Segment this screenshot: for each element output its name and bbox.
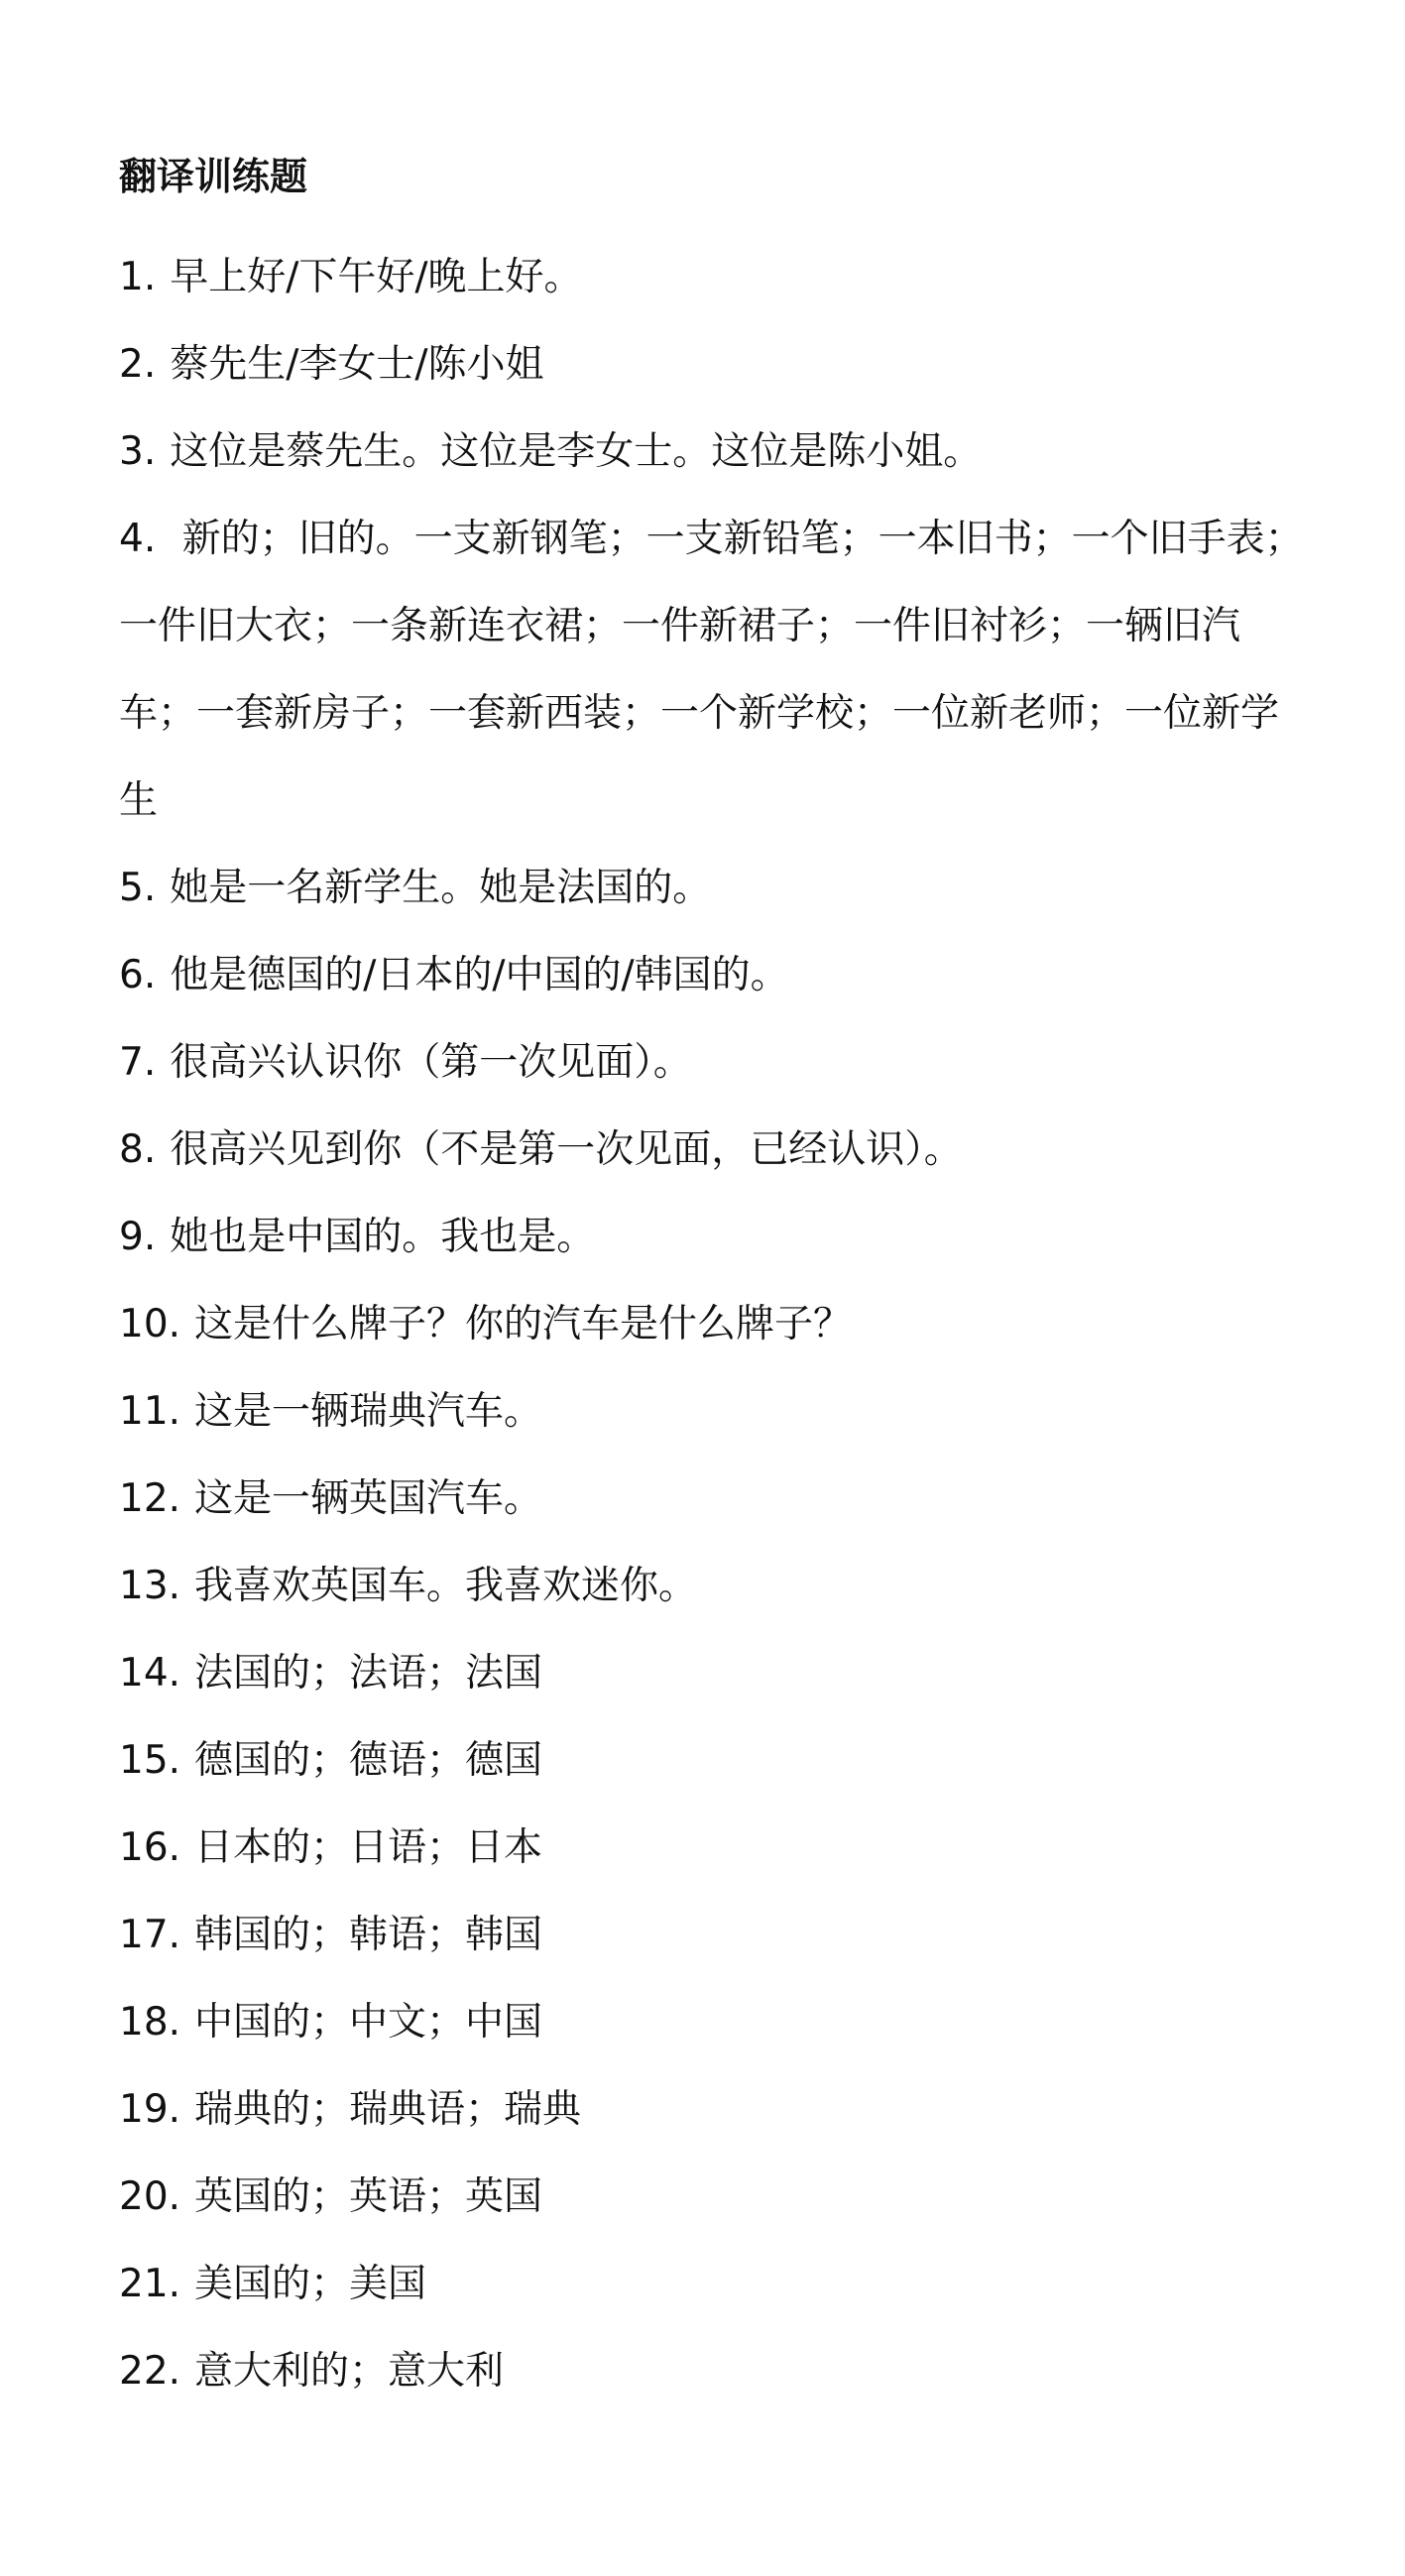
list-item: 15.德国的；德语；德国 (119, 1717, 1309, 1805)
list-item: 20.英国的；英语；英国 (119, 2154, 1309, 2241)
item-text: 她是一名新学生。她是法国的。 (170, 845, 711, 932)
item-text: 早上好/下午好/晚上好。 (170, 234, 582, 321)
item-text: 德国的；德语；德国 (194, 1717, 542, 1805)
item-number: 6. (119, 932, 156, 1019)
item-number: 3. (119, 409, 156, 496)
list-item: 4. 新的；旧的。一支新钢笔；一支新铅笔；一本旧书；一个旧手表；一件旧大衣；一条… (119, 496, 1309, 845)
item-text: 我喜欢英国车。我喜欢迷你。 (194, 1543, 697, 1630)
list-item: 2.蔡先生/李女士/陈小姐 (119, 321, 1309, 409)
item-number: 1. (119, 234, 156, 321)
item-number: 20. (119, 2154, 180, 2241)
item-text: 很高兴见到你（不是第一次见面，已经认识）。 (170, 1107, 963, 1194)
list-item: 6.他是德国的/日本的/中国的/韩国的。 (119, 932, 1309, 1019)
item-text: 这是一辆瑞典汽车。 (194, 1368, 542, 1456)
item-number: 18. (119, 1979, 180, 2066)
item-text: 法国的；法语；法国 (194, 1630, 542, 1717)
item-text: 蔡先生/李女士/陈小姐 (170, 321, 543, 409)
item-text: 她也是中国的。我也是。 (170, 1194, 595, 1281)
document-page: 翻译训练题 1.早上好/下午好/晚上好。 2.蔡先生/李女士/陈小姐 3.这位是… (0, 0, 1309, 2415)
item-number: 2. (119, 321, 156, 409)
item-number: 21. (119, 2241, 180, 2328)
item-text: 意大利的；意大利 (194, 2328, 504, 2415)
list-item: 3.这位是蔡先生。这位是李女士。这位是陈小姐。 (119, 409, 1309, 496)
list-item: 7.很高兴认识你（第一次见面）。 (119, 1019, 1309, 1107)
list-item: 22.意大利的；意大利 (119, 2328, 1309, 2415)
item-number: 9. (119, 1194, 156, 1281)
item-number: 7. (119, 1019, 156, 1107)
list-item: 10.这是什么牌子？你的汽车是什么牌子？ (119, 1281, 1309, 1368)
list-item: 5.她是一名新学生。她是法国的。 (119, 845, 1309, 932)
list-item: 12.这是一辆英国汽车。 (119, 1456, 1309, 1543)
item-number: 4. (119, 517, 156, 561)
item-number: 22. (119, 2328, 180, 2415)
list-item: 11.这是一辆瑞典汽车。 (119, 1368, 1309, 1456)
item-number: 13. (119, 1543, 180, 1630)
list-item: 21.美国的；美国 (119, 2241, 1309, 2328)
item-text: 瑞典的；瑞典语；瑞典 (194, 2066, 581, 2154)
item-text: 很高兴认识你（第一次见面）。 (170, 1019, 692, 1107)
item-text: 这是一辆英国汽车。 (194, 1456, 542, 1543)
item-number: 8. (119, 1107, 156, 1194)
item-text: 这是什么牌子？你的汽车是什么牌子？ (194, 1281, 852, 1368)
list-item: 9.她也是中国的。我也是。 (119, 1194, 1309, 1281)
list-item: 14.法国的；法语；法国 (119, 1630, 1309, 1717)
list-item: 18.中国的；中文；中国 (119, 1979, 1309, 2066)
item-number: 5. (119, 845, 156, 932)
item-number: 19. (119, 2066, 180, 2154)
list-item: 8.很高兴见到你（不是第一次见面，已经认识）。 (119, 1107, 1309, 1194)
item-text: 日本的；日语；日本 (194, 1805, 542, 1892)
item-text: 美国的；美国 (194, 2241, 426, 2328)
item-number: 14. (119, 1630, 180, 1717)
item-number: 11. (119, 1368, 180, 1456)
exercise-list: 1.早上好/下午好/晚上好。 2.蔡先生/李女士/陈小姐 3.这位是蔡先生。这位… (119, 234, 1309, 2415)
item-text: 中国的；中文；中国 (194, 1979, 542, 2066)
item-number: 16. (119, 1805, 180, 1892)
item-text: 英国的；英语；英国 (194, 2154, 542, 2241)
item-text: 他是德国的/日本的/中国的/韩国的。 (170, 932, 788, 1019)
item-number: 17. (119, 1892, 180, 1979)
list-item: 17.韩国的；韩语；韩国 (119, 1892, 1309, 1979)
item-text: 韩国的；韩语；韩国 (194, 1892, 542, 1979)
list-item: 1.早上好/下午好/晚上好。 (119, 234, 1309, 321)
item-number: 10. (119, 1281, 180, 1368)
item-number: 15. (119, 1717, 180, 1805)
document-title: 翻译训练题 (119, 147, 1309, 206)
list-item: 13.我喜欢英国车。我喜欢迷你。 (119, 1543, 1309, 1630)
list-item: 19.瑞典的；瑞典语；瑞典 (119, 2066, 1309, 2154)
item-text: 新的；旧的。一支新钢笔；一支新铅笔；一本旧书；一个旧手表；一件旧大衣；一条新连衣… (119, 517, 1304, 823)
list-item: 16.日本的；日语；日本 (119, 1805, 1309, 1892)
item-number: 12. (119, 1456, 180, 1543)
item-text: 这位是蔡先生。这位是李女士。这位是陈小姐。 (170, 409, 982, 496)
